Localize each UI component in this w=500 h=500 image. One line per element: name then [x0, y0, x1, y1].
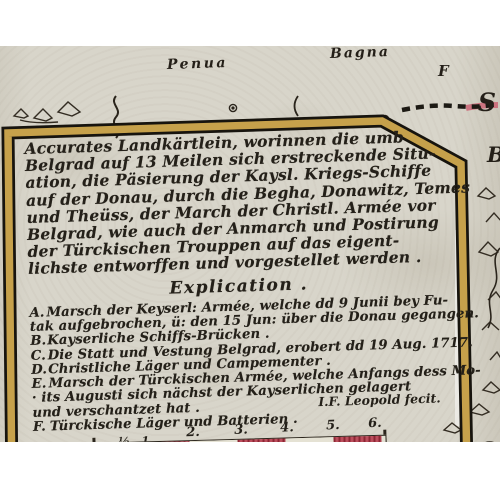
- scale-segment: [238, 438, 286, 442]
- cartouche-text: Accurates Landkärtlein, worinnen die umb…: [24, 121, 471, 436]
- paren-mark: [295, 96, 299, 116]
- scale-segment: [144, 441, 190, 442]
- map-photo: Penua Bagna F S B Accurates Landkärtlein…: [0, 0, 500, 500]
- scale-tick-label: 6.: [368, 417, 382, 430]
- explication-items: A.Marsch der Keyserl: Armée, welche dd 9…: [29, 293, 471, 435]
- item-key: F.: [33, 420, 50, 435]
- map-sheet: Penua Bagna F S B Accurates Landkärtlein…: [0, 46, 500, 442]
- margin-letter-f: F: [438, 64, 449, 79]
- place-label-penua: Penua: [167, 56, 228, 73]
- scale-tick-label: 4.: [280, 421, 294, 434]
- margin-letter-b: B: [487, 144, 500, 165]
- scale-end-tick: [92, 438, 96, 442]
- place-label-bagna: Bagna: [330, 46, 390, 62]
- scale-tick-label: 3.: [234, 424, 248, 437]
- engraver-signature: I.F. Leopold fecit.: [318, 391, 441, 408]
- scale-segment: [333, 436, 381, 442]
- item-key: B.: [30, 335, 47, 350]
- scale-tick-label: 2.: [186, 426, 200, 439]
- scale-segment: [285, 437, 333, 442]
- margin-letter-s: S: [478, 90, 496, 115]
- scale-segment: [190, 440, 238, 442]
- scale-tick-label: 5.: [326, 419, 340, 432]
- river-right-margin: [488, 248, 500, 328]
- mountains-top-left: [14, 102, 80, 123]
